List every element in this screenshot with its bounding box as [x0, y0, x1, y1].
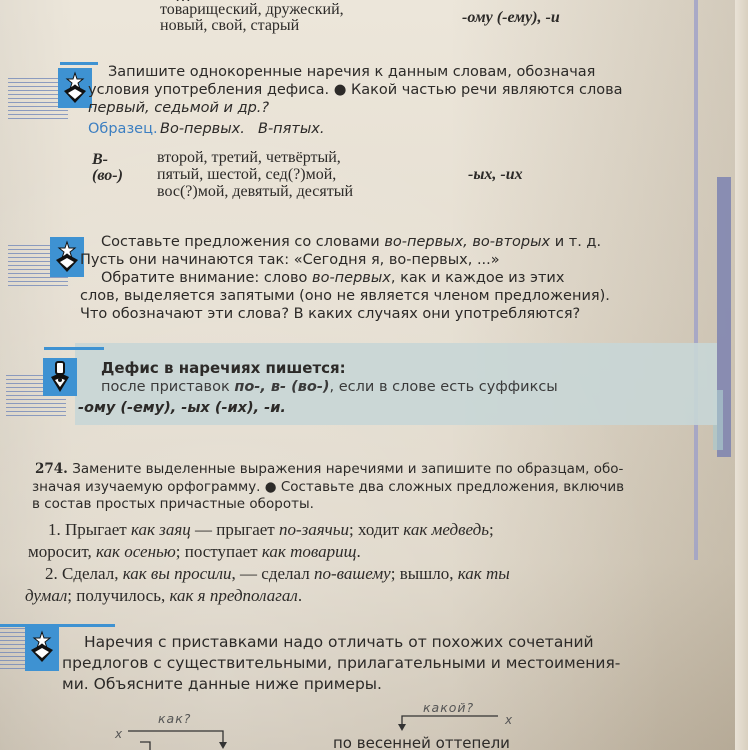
top-suffixes: -ому (-ему), -и [462, 9, 560, 27]
example-phrase: по весенней оттепели [333, 734, 510, 750]
rule-line-2: после приставок по-, в- (во-), если в сл… [101, 378, 558, 396]
exercise-c-line-1: Наречия с приставками надо отличать от п… [84, 633, 594, 651]
prefix-vo: (во-) [92, 167, 123, 185]
exercise-c-line-3: ми. Объясните данные ниже примеры. [62, 675, 382, 693]
example-2-line-2: думал; получилось, как я предполагал. [25, 587, 302, 605]
example-1-line-1: 1. Прыгает как заяц — прыгает по-заячьи;… [48, 521, 494, 539]
exercise-a-line-1: Запишите однокоренные наречия к данным с… [108, 63, 595, 81]
suffixes-a: -ых, -их [468, 166, 523, 184]
book-star-icon [25, 627, 59, 671]
exercise-number: 274. [35, 461, 68, 477]
accent-bar [60, 62, 98, 65]
top-words-line-2: новый, свой, старый [160, 17, 299, 35]
pen-nib-icon [43, 358, 77, 396]
page-edge [735, 0, 748, 750]
accent-bar [44, 347, 104, 350]
sample-word-1: Во-первых. [160, 120, 245, 138]
exercise-a-line-2: условия употребления дефиса. ● Какой час… [88, 81, 623, 99]
words-a-line-1: второй, третий, четвёртый, [157, 149, 341, 167]
exercise-b-line-3: Обратите внимание: слово во-первых, как … [101, 269, 564, 287]
exercise-274-line-1: 274. Замените выделенные выражения нареч… [35, 460, 623, 478]
exercise-b-line-2: Пусть они начинаются так: «Сегодня я, во… [80, 251, 500, 269]
words-a-line-3: вос(?)мой, девятый, десятый [157, 183, 353, 201]
exercise-274-line-2: значая изучаемую орфограмму. ● Составьте… [32, 478, 624, 496]
exercise-b-line-1: Составьте предложения со словами во-перв… [101, 233, 601, 251]
sample-label: Образец. [88, 120, 158, 138]
words-a-line-2: пятый, шестой, сед(?)мой, [157, 166, 336, 184]
rule-line-3: -ому (-ему), -ых (-их), -и. [78, 399, 286, 417]
exercise-a-line-3: первый, седьмой и др.? [88, 99, 269, 117]
exercise-c-line-2: предлогов с существительными, прилагател… [62, 654, 620, 672]
book-star-icon [58, 68, 92, 108]
exercise-274-line-3: в состав простых причастные обороты. [32, 495, 314, 513]
sample-word-2: В-пятых. [258, 120, 324, 138]
example-1-line-2: моросит, как осенью; поступает как товар… [28, 543, 361, 561]
book-star-icon [50, 237, 84, 277]
rule-title: Дефис в наречиях пишется: [101, 359, 346, 377]
exercise-b-line-4: слов, выделяется запятыми (оно не являет… [80, 287, 610, 305]
example-2-line-1: 2. Сделал, как вы просили, — сделал по-в… [45, 565, 510, 583]
page-margin-line [694, 0, 698, 560]
exercise-b-line-5: Что обозначают эти слова? В каких случая… [80, 305, 580, 323]
